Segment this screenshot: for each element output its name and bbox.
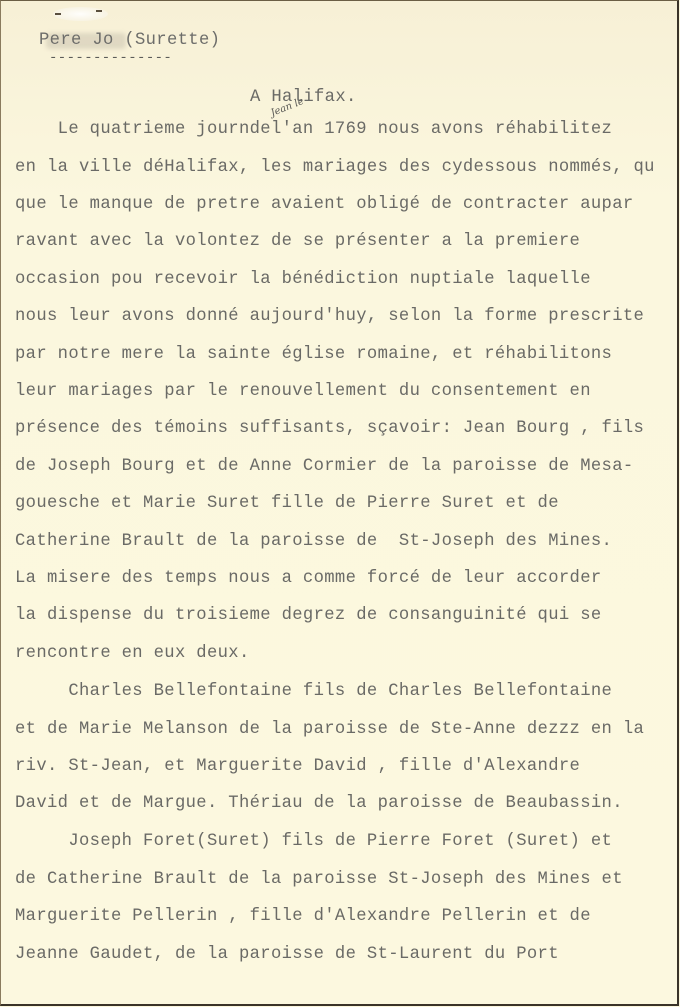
text-line: rencontre en eux deux. (15, 644, 250, 663)
text-line: La misere des temps nous a comme forcé d… (15, 569, 602, 588)
tape-mark (53, 7, 108, 21)
text-line: leur mariages par le renouvellement du c… (15, 382, 591, 401)
document-header: Pere Jo (Surette) (39, 31, 220, 50)
text-line: nous leur avons donné aujourd'huy, selon… (15, 307, 644, 326)
text-line: Marguerite Pellerin , fille d'Alexandre … (15, 907, 591, 926)
text-line: riv. St-Jean, et Marguerite David , fill… (15, 757, 580, 776)
text-line: présence des témoins suffisants, sçavoir… (15, 419, 644, 438)
text-line: de Catherine Brault de la paroisse St-Jo… (15, 870, 623, 889)
text-line: de Joseph Bourg et de Anne Cormier de la… (15, 457, 634, 476)
text-line: ravant avec la volontez de se présenter … (15, 232, 580, 251)
document-page: Pere Jo (Surette) -------------- A Halif… (0, 0, 679, 1006)
text-line: Le quatrieme journdel'an 1769 nous avons… (15, 120, 612, 139)
text-line: et de Marie Melanson de la paroisse de S… (15, 720, 644, 739)
text-line: par notre mere la sainte église romaine,… (15, 345, 612, 364)
text-line: Jeanne Gaudet, de la paroisse de St-Laur… (15, 945, 559, 964)
text-line: la dispense du troisieme degrez de consa… (15, 606, 602, 625)
text-line: Charles Bellefontaine fils de Charles Be… (15, 682, 612, 701)
text-line: que le manque de pretre avaient obligé d… (15, 195, 634, 214)
text-line: en la ville déHalifax, les mariages des … (15, 158, 655, 177)
text-line: occasion pou recevoir la bénédiction nup… (15, 270, 591, 289)
header-underline: -------------- (49, 50, 172, 66)
text-line: David et de Margue. Thériau de la parois… (15, 794, 623, 813)
text-line: Catherine Brault de la paroisse de St-Jo… (15, 532, 612, 551)
text-line: Joseph Foret(Suret) fils de Pierre Foret… (15, 832, 612, 851)
text-line: gouesche et Marie Suret fille de Pierre … (15, 494, 559, 513)
